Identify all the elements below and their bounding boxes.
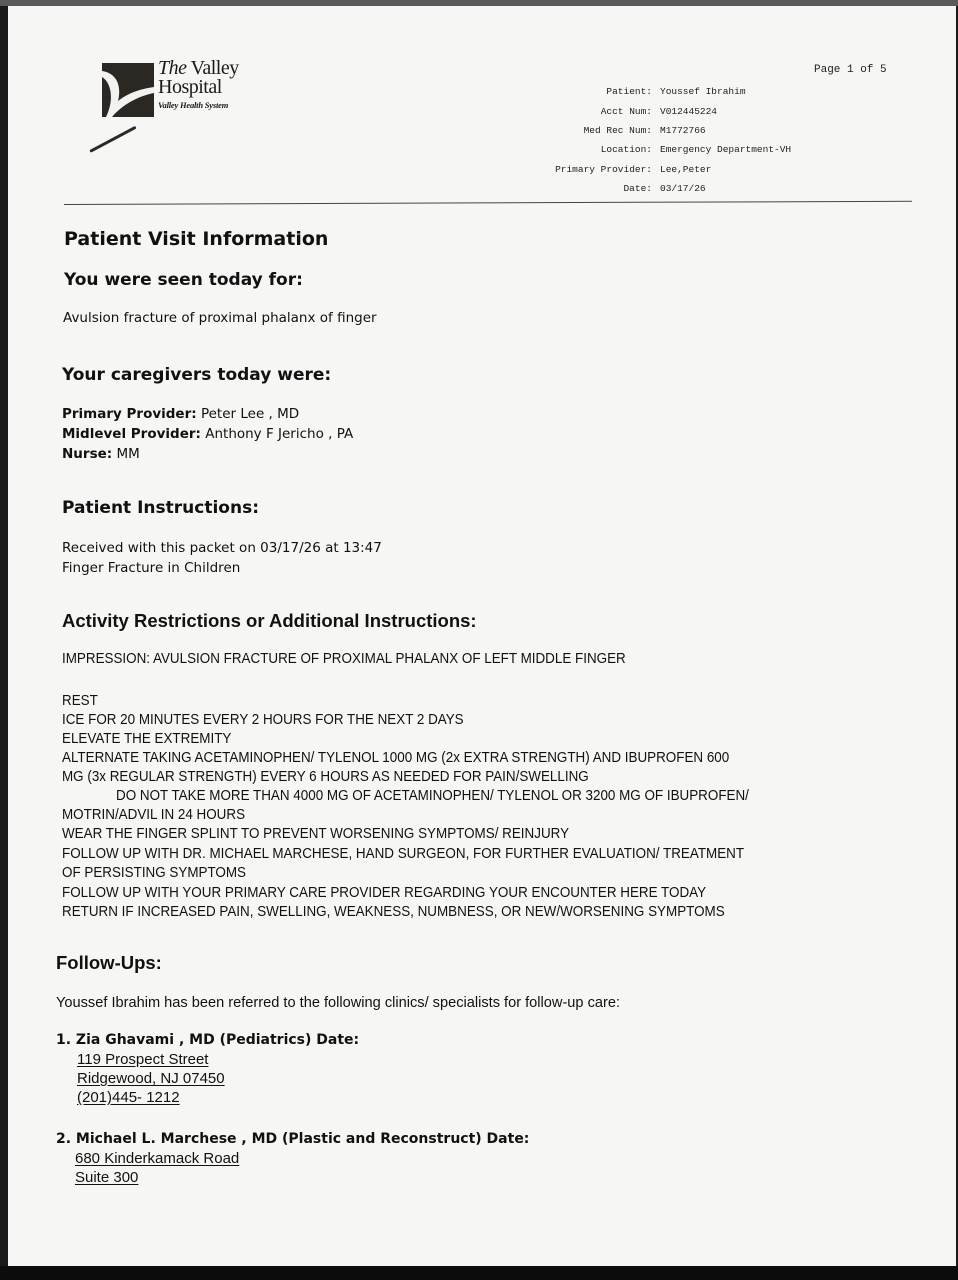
followup-2-address-line: 680 Kinderkamack Road [75, 1150, 239, 1167]
followup-2-address-line: Suite 300 [75, 1169, 138, 1186]
page-title: Patient Visit Information [64, 228, 328, 250]
referral-intro: Youssef Ibrahim has been referred to the… [56, 995, 620, 1011]
header-label: Location: [528, 144, 660, 155]
header-row-date: Date: 03/17/26 [528, 179, 791, 198]
header-label: Primary Provider: [528, 164, 660, 175]
header-label: Acct Num: [528, 106, 660, 117]
instruction-line: RETURN IF INCREASED PAIN, SWELLING, WEAK… [62, 904, 725, 920]
activity-heading: Activity Restrictions or Additional Inst… [62, 610, 477, 632]
header-label: Med Rec Num: [528, 125, 660, 136]
header-value: 03/17/26 [660, 183, 706, 194]
header-row-location: Location: Emergency Department-VH [528, 140, 791, 159]
instruction-line: FOLLOW UP WITH DR. MICHAEL MARCHESE, HAN… [62, 846, 744, 862]
impression-text: IMPRESSION: AVULSION FRACTURE OF PROXIMA… [62, 651, 626, 667]
header-label: Patient: [528, 86, 660, 97]
header-row-acct: Acct Num: V012445224 [528, 101, 791, 120]
header-divider [64, 201, 912, 205]
logo-title-line1: The Valley [158, 58, 239, 78]
header-row-provider: Primary Provider: Lee,Peter [528, 160, 791, 179]
instruction-line: MG (3x REGULAR STRENGTH) EVERY 6 HOURS A… [62, 769, 589, 785]
pen-mark [89, 126, 136, 153]
header-label: Date: [528, 183, 660, 194]
patient-header-info: Patient: Youssef Ibrahim Acct Num: V0124… [528, 82, 791, 198]
instruction-line: ALTERNATE TAKING ACETAMINOPHEN/ TYLENOL … [62, 750, 729, 766]
header-value: Lee,Peter [660, 164, 711, 175]
valley-swoosh-icon [102, 63, 154, 117]
followup-2-heading: 2. Michael L. Marchese , MD (Plastic and… [56, 1131, 529, 1147]
document-page: The Valley Hospital Valley Health System… [8, 6, 956, 1268]
header-row-mrn: Med Rec Num: M1772766 [528, 121, 791, 140]
hospital-logo: The Valley Hospital Valley Health System [102, 58, 239, 117]
seen-for-heading: You were seen today for: [64, 270, 303, 290]
followup-1-phone: (201)445- 1212 [77, 1089, 180, 1106]
instructions-heading: Patient Instructions: [62, 498, 259, 518]
received-text: Received with this packet on 03/17/26 at… [62, 540, 382, 556]
header-value: M1772766 [660, 125, 706, 136]
header-value: Emergency Department-VH [660, 144, 791, 155]
instruction-line: OF PERSISTING SYMPTOMS [62, 865, 246, 881]
diagnosis-text: Avulsion fracture of proximal phalanx of… [63, 310, 377, 326]
instruction-line: MOTRIN/ADVIL IN 24 HOURS [62, 807, 245, 823]
followup-1-address-line: 119 Prospect Street [77, 1051, 208, 1068]
caregiver-nurse: Nurse: MM [62, 446, 140, 462]
followup-1-address-line: Ridgewood, NJ 07450 [77, 1070, 225, 1087]
instruction-document: Finger Fracture in Children [62, 560, 240, 576]
page-indicator: Page 1 of 5 [814, 64, 887, 76]
instruction-line: REST [62, 693, 98, 709]
instruction-line: ELEVATE THE EXTREMITY [62, 731, 231, 747]
instruction-line: ICE FOR 20 MINUTES EVERY 2 HOURS FOR THE… [62, 712, 464, 728]
instruction-line: FOLLOW UP WITH YOUR PRIMARY CARE PROVIDE… [62, 885, 706, 901]
header-row-patient: Patient: Youssef Ibrahim [528, 82, 791, 101]
header-value: Youssef Ibrahim [660, 86, 746, 97]
header-value: V012445224 [660, 106, 717, 117]
scan-bottom-edge [0, 1266, 958, 1280]
followup-1-heading: 1. Zia Ghavami , MD (Pediatrics) Date: [56, 1032, 359, 1048]
caregivers-heading: Your caregivers today were: [62, 365, 331, 385]
logo-title-line2: Hospital [158, 77, 239, 97]
instruction-line: WEAR THE FINGER SPLINT TO PREVENT WORSEN… [62, 826, 569, 842]
followups-heading: Follow-Ups: [56, 952, 162, 974]
caregiver-midlevel: Midlevel Provider: Anthony F Jericho , P… [62, 426, 353, 442]
logo-subtitle: Valley Health System [158, 101, 239, 110]
caregiver-primary: Primary Provider: Peter Lee , MD [62, 406, 299, 422]
instruction-line: DO NOT TAKE MORE THAN 4000 MG OF ACETAMI… [116, 788, 749, 804]
